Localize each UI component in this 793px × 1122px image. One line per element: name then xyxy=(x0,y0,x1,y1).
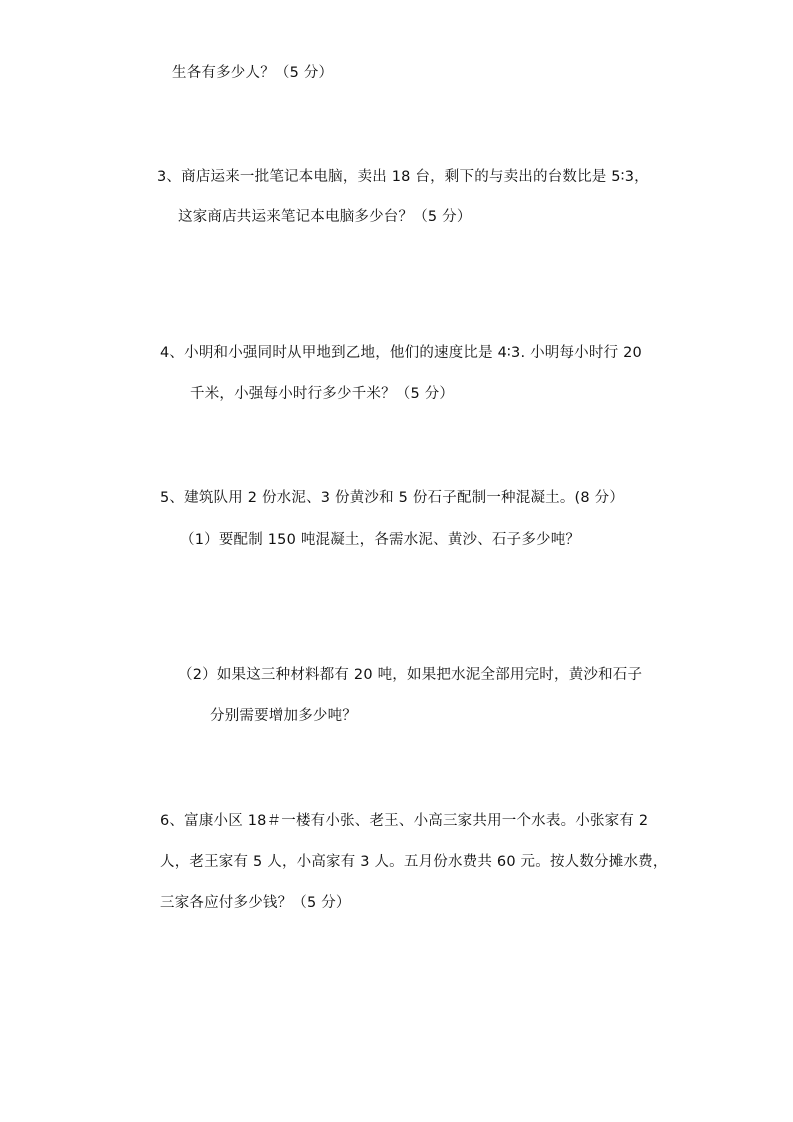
question-6-line-2: 人，老王家有 5 人，小高家有 3 人。五月份水费共 60 元。按人数分摊水费， xyxy=(160,853,668,871)
question-5-part-2-line-1: （2）如果这三种材料都有 20 吨，如果把水泥全部用完时，黄沙和石子 xyxy=(178,666,642,684)
question-4-line-2: 千米，小强每小时行多少千米？（5 分） xyxy=(190,385,454,403)
question-6-line-3: 三家各应付多少钱？（5 分） xyxy=(160,894,351,912)
question-3-line-2: 这家商店共运来笔记本电脑多少台？（5 分） xyxy=(178,208,472,226)
question-4-line-1: 4、小明和小强同时从甲地到乙地，他们的速度比是 4∶3. 小明每小时行 20 xyxy=(160,344,642,362)
question-5-part-2-line-2: 分别需要增加多少吨？ xyxy=(210,707,357,725)
question-6-line-1: 6、富康小区 18＃一楼有小张、老王、小高三家共用一个水表。小张家有 2 xyxy=(160,812,648,830)
question-3-line-1: 3、商店运来一批笔记本电脑，卖出 18 台，剩下的与卖出的台数比是 5∶3， xyxy=(157,168,649,186)
question-5-part-1: （1）要配制 150 吨混凝土，各需水泥、黄沙、石子多少吨？ xyxy=(180,531,580,549)
question-5-line-1: 5、建筑队用 2 份水泥、3 份黄沙和 5 份石子配制一种混凝土。(8 分） xyxy=(160,489,624,507)
question-2-continuation: 生各有多少人？（5 分） xyxy=(172,64,333,82)
